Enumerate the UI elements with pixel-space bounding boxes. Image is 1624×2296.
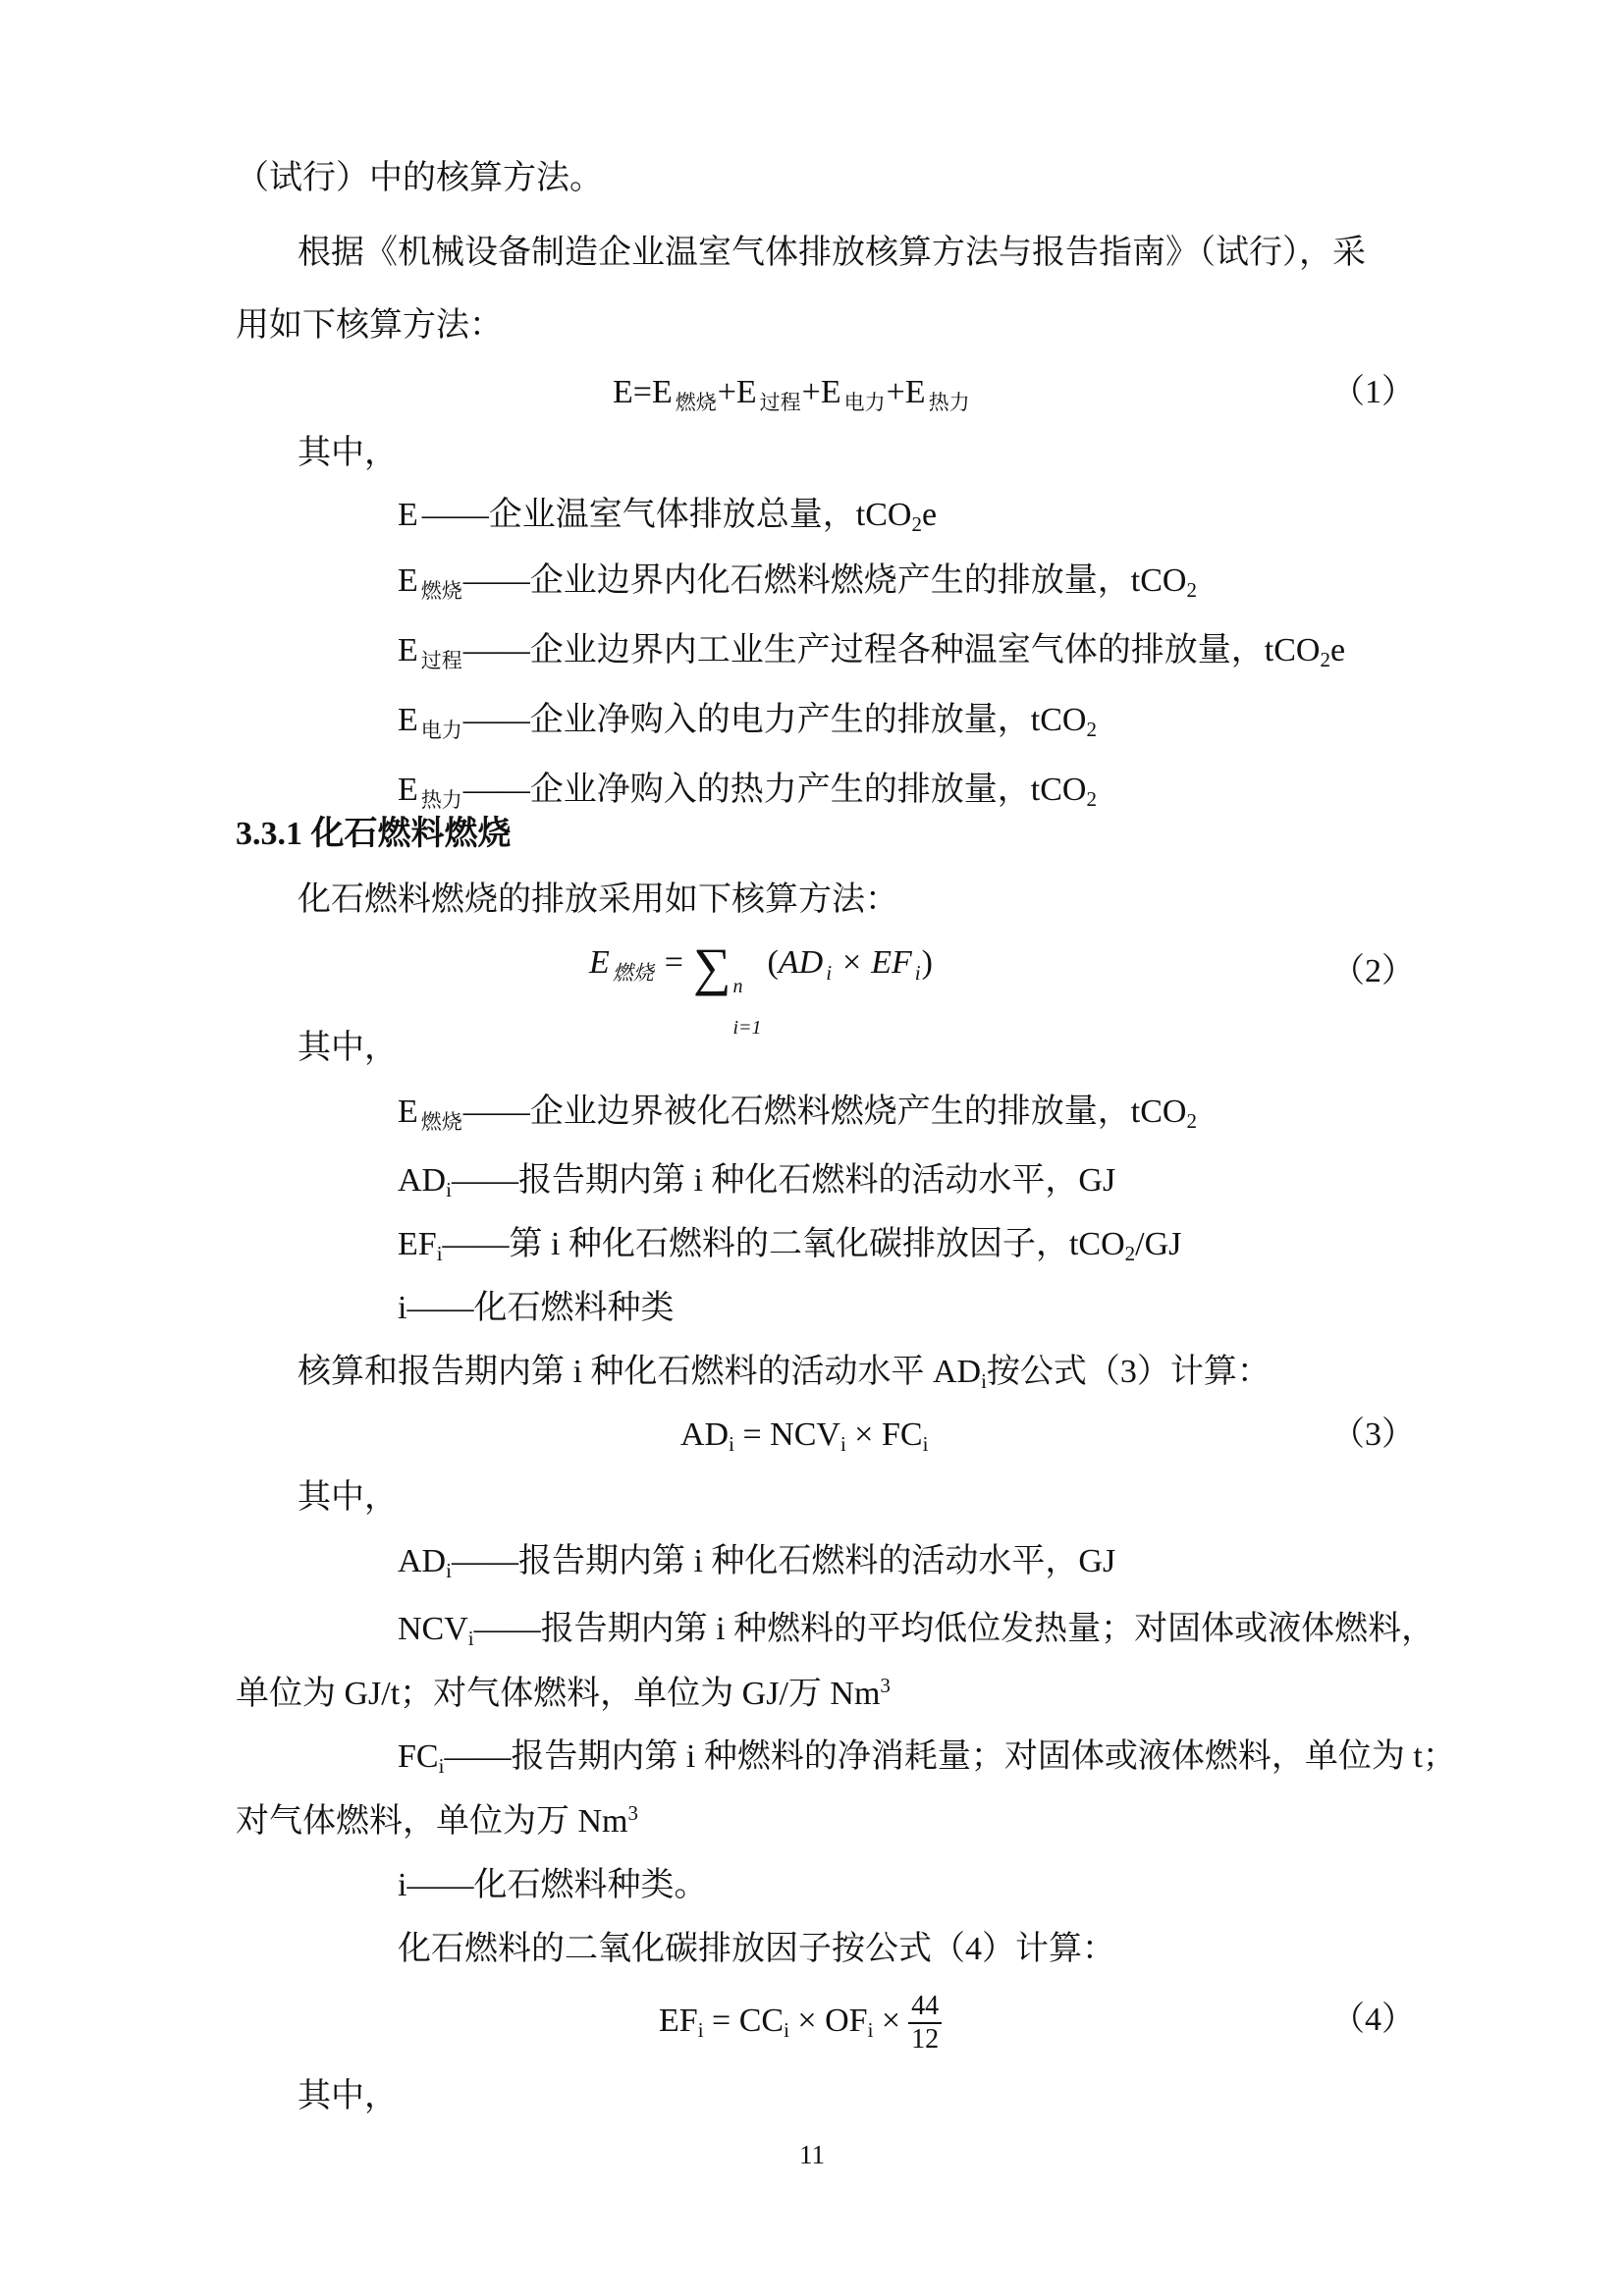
definition-line: E燃烧——企业边界内化石燃料燃烧产生的排放量，tCO2 <box>398 560 1197 603</box>
unit-subscript: 2 <box>1125 1242 1136 1265</box>
where-label: 其中， <box>298 1476 398 1520</box>
definition-tail: e <box>922 497 937 533</box>
unit-subscript: 2 <box>1186 578 1197 602</box>
where-label: 其中， <box>298 1027 398 1070</box>
definition-text: ——报告期内第 i 种燃料的净消耗量；对固体或液体燃料，单位为 t； <box>444 1738 1455 1775</box>
definition-line: E电力——企业净购入的电力产生的排放量，tCO2 <box>398 699 1097 742</box>
equals-operator: = <box>734 1416 770 1453</box>
definition-tail: e <box>1330 632 1345 668</box>
definition-symbol: NCV <box>398 1611 468 1647</box>
document-page: （试行）中的核算方法。 根据《机械设备制造企业温室气体排放核算方法与报告指南》（… <box>0 0 1624 2296</box>
formula-1-term: +E <box>802 374 841 410</box>
unit-superscript: 3 <box>628 1801 639 1825</box>
definition-line: E——企业温室气体排放总量，tCO2e <box>398 494 937 537</box>
paragraph-line: 化石燃料燃烧的排放采用如下核算方法： <box>298 879 898 922</box>
summation-lower-limit: i=1 <box>732 1018 761 1038</box>
times-operator: × <box>873 2002 900 2039</box>
formula-1-term: +E <box>887 374 926 410</box>
definition-symbol: E <box>398 702 418 738</box>
definition-text: ——报告期内第 i 种化石燃料的活动水平，GJ <box>452 1543 1115 1579</box>
paragraph-line: 化石燃料的二氧化碳排放因子按公式（4）计算： <box>398 1928 1115 1971</box>
definition-text: ——报告期内第 i 种燃料的平均低位发热量；对固体或液体燃料， <box>474 1611 1435 1647</box>
definition-line: i——化石燃料种类 <box>398 1287 674 1330</box>
definition-symbol: AD <box>398 1162 446 1199</box>
definition-text: ——企业温室气体排放总量，tCO <box>422 497 912 533</box>
definition-line: E燃烧——企业边界被化石燃料燃烧产生的排放量，tCO2 <box>398 1091 1197 1134</box>
formula-1-term: E=E <box>613 374 673 410</box>
summation-symbol: ∑ <box>693 937 731 996</box>
equals-operator: = <box>665 944 683 981</box>
page-number: 11 <box>0 2140 1624 2170</box>
where-label: 其中， <box>298 432 398 475</box>
definition-tail: /GJ <box>1135 1226 1181 1262</box>
formula-1-subscript: 热力 <box>929 391 970 414</box>
formula-1-subscript: 过程 <box>760 391 801 414</box>
definition-line: ADi——报告期内第 i 种化石燃料的活动水平，GJ <box>398 1540 1115 1583</box>
definition-line: E热力——企业净购入的热力产生的排放量，tCO2 <box>398 769 1097 812</box>
formula-2-subscript: i <box>915 961 921 985</box>
continuation-line: 单位为 GJ/t；对气体燃料，单位为 GJ/万 Nm3 <box>236 1673 891 1716</box>
times-operator: × <box>846 1416 882 1453</box>
formula-4-variable: CC <box>739 2002 784 2039</box>
definition-text: ——化石燃料种类 <box>406 1290 674 1326</box>
definition-symbol: E <box>398 632 418 668</box>
definition-symbol-subscript: 过程 <box>421 649 462 672</box>
formula-2-subscript: i <box>826 961 832 985</box>
formula-3-variable: AD <box>680 1416 729 1453</box>
where-label: 其中， <box>298 2075 398 2118</box>
formula-1: E=E燃烧+E过程+E电力+E热力 <box>613 371 971 414</box>
definition-text: ——化石燃料种类。 <box>406 1867 707 1903</box>
formula-3-variable: FC <box>882 1416 923 1453</box>
formula-3: ADi = NCVi × FCi <box>680 1414 928 1457</box>
paragraph-text: 核算和报告期内第 i 种化石燃料的活动水平 AD <box>298 1354 981 1390</box>
left-paren: ( <box>768 944 779 981</box>
definition-symbol: E <box>398 497 418 533</box>
definition-symbol-subscript: 燃烧 <box>421 1110 462 1134</box>
formula-2-subscript: 燃烧 <box>613 961 654 985</box>
continuation-line: 对气体燃料，单位为万 Nm3 <box>236 1800 638 1843</box>
definition-symbol: FC <box>398 1738 439 1775</box>
equation-number-4: （4） <box>1331 1999 1415 2042</box>
definition-line: EFi——第 i 种化石燃料的二氧化碳排放因子，tCO2/GJ <box>398 1223 1181 1266</box>
paragraph-line: 核算和报告期内第 i 种化石燃料的活动水平 ADi按公式（3）计算： <box>298 1351 1271 1394</box>
definition-line: i——化石燃料种类。 <box>398 1864 707 1907</box>
definition-symbol-subscript: 热力 <box>421 788 462 812</box>
unit-subscript: 2 <box>911 512 922 536</box>
fraction-numerator: 44 <box>908 1991 942 2022</box>
formula-1-subscript: 电力 <box>844 391 886 414</box>
definition-symbol: E <box>398 562 418 599</box>
unit-subscript: 2 <box>1086 718 1097 741</box>
definition-text: ——企业边界内工业生产过程各种温室气体的排放量，tCO <box>463 632 1321 668</box>
paragraph-line: 用如下核算方法： <box>236 304 503 347</box>
formula-4: EFi = CCi × OFi ×4412 <box>659 1991 942 2056</box>
right-paren: ) <box>922 944 933 981</box>
fraction: 4412 <box>908 1991 942 2056</box>
definition-text: ——企业边界被化石燃料燃烧产生的排放量，tCO <box>463 1094 1187 1130</box>
formula-2: E燃烧=∑ni=1(ADi×EFi) <box>589 940 933 1038</box>
definition-symbol-subscript: 燃烧 <box>421 579 462 603</box>
unit-subscript: 2 <box>1086 787 1097 811</box>
definition-text: ——企业净购入的热力产生的排放量，tCO <box>463 772 1087 808</box>
definition-symbol: EF <box>398 1226 437 1262</box>
paragraph-line: （试行）中的核算方法。 <box>236 157 603 200</box>
formula-2-variable: AD <box>779 944 823 981</box>
formula-4-variable: OF <box>825 2002 867 2039</box>
definition-text: ——第 i 种化石燃料的二氧化碳排放因子，tCO <box>443 1226 1125 1262</box>
unit-superscript: 3 <box>880 1674 891 1697</box>
equation-number-3: （3） <box>1331 1414 1415 1457</box>
formula-2-variable: EF <box>871 944 912 981</box>
formula-3-variable: NCV <box>770 1416 840 1453</box>
equation-number-2: （2） <box>1331 950 1415 993</box>
definition-line: E过程——企业边界内工业生产过程各种温室气体的排放量，tCO2e <box>398 629 1345 672</box>
times-operator: × <box>789 2002 825 2039</box>
definition-line: FCi——报告期内第 i 种燃料的净消耗量；对固体或液体燃料，单位为 t； <box>398 1735 1456 1779</box>
formula-1-subscript: 燃烧 <box>676 391 717 414</box>
definition-text: ——报告期内第 i 种化石燃料的活动水平，GJ <box>452 1162 1115 1199</box>
definition-line: NCVi——报告期内第 i 种燃料的平均低位发热量；对固体或液体燃料， <box>398 1608 1435 1651</box>
section-heading: 3.3.1 化石燃料燃烧 <box>236 813 512 856</box>
paragraph-line: 根据《机械设备制造企业温室气体排放核算方法与报告指南》（试行），采 <box>298 232 1366 275</box>
fraction-denominator: 12 <box>908 2022 942 2056</box>
formula-1-term: +E <box>718 374 757 410</box>
times-operator: × <box>842 944 861 981</box>
equals-operator: = <box>704 2002 739 2039</box>
paragraph-text: 按公式（3）计算： <box>987 1354 1271 1390</box>
unit-subscript: 2 <box>1186 1109 1197 1133</box>
definition-text: 对气体燃料，单位为万 Nm <box>236 1803 628 1840</box>
definition-symbol: E <box>398 772 418 808</box>
formula-2-variable: E <box>589 944 610 981</box>
equation-number-1: （1） <box>1331 371 1415 414</box>
definition-symbol: E <box>398 1094 418 1130</box>
definition-text: ——企业净购入的电力产生的排放量，tCO <box>463 702 1087 738</box>
definition-symbol-subscript: 电力 <box>421 719 462 742</box>
definition-symbol: AD <box>398 1543 446 1579</box>
summation-upper-limit: n <box>732 977 761 996</box>
formula-3-subscript: i <box>923 1432 929 1456</box>
definition-text: ——企业边界内化石燃料燃烧产生的排放量，tCO <box>463 562 1187 599</box>
definition-line: ADi——报告期内第 i 种化石燃料的活动水平，GJ <box>398 1159 1115 1202</box>
definition-text: 单位为 GJ/t；对气体燃料，单位为 GJ/万 Nm <box>236 1676 880 1712</box>
formula-4-variable: EF <box>659 2002 698 2039</box>
unit-subscript: 2 <box>1320 648 1330 671</box>
